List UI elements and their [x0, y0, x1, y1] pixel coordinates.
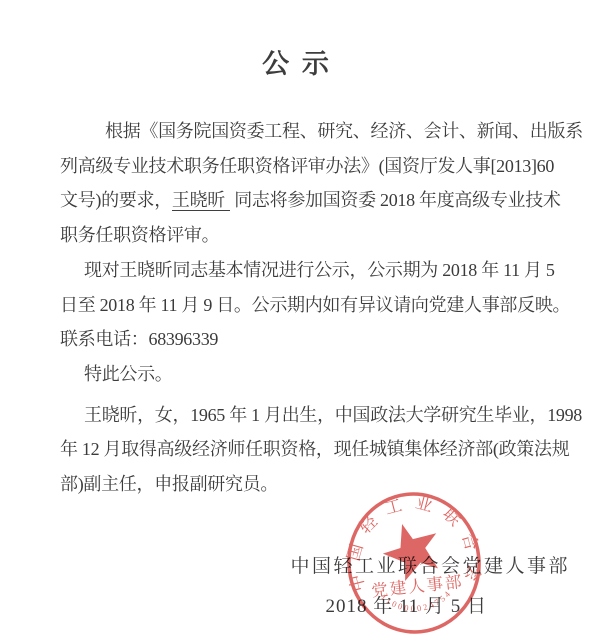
body-line: 列高级专业技术职务任职资格评审办法》(国资厅发人事[2013]60: [60, 149, 580, 184]
contact-phone-line: 联系电话：68396339: [60, 322, 580, 357]
body-line-pre: 文号)的要求，: [60, 190, 172, 210]
public-notice-document: 公 示 根据《国务院国资委工程、研究、经济、会计、新闻、出版系 列高级专业技术职…: [0, 0, 614, 644]
notice-body: 根据《国务院国资委工程、研究、经济、会计、新闻、出版系 列高级专业技术职务任职资…: [60, 114, 580, 502]
body-line: 部)副主任，申报副研究员。: [60, 467, 580, 502]
seal-arc-text: 中国轻工业联合会: [343, 489, 485, 607]
candidate-name-underlined: 王晓昕: [172, 190, 230, 211]
body-line: 特此公示。: [60, 357, 580, 392]
body-line-post: 同志将参加国资委 2018 年度高级专业技术: [234, 190, 560, 210]
body-line: 根据《国务院国资委工程、研究、经济、会计、新闻、出版系: [60, 114, 580, 149]
body-line: 王晓昕，女，1965 年 1 月出生，中国政法大学研究生毕业，1998: [60, 398, 580, 433]
body-line: 职务任职资格评审。: [60, 218, 580, 253]
body-line: 年 12 月取得高级经济师任职资格，现任城镇集体经济部(政策法规: [60, 432, 580, 467]
body-line: 日至 2018 年 11 月 9 日。公示期内如有异议请向党建人事部反映。: [60, 288, 580, 323]
body-line: 现对王晓昕同志基本情况进行公示，公示期为 2018 年 11 月 5: [60, 253, 580, 288]
signature-organization: 中国轻工业联合会党建人事部: [290, 551, 570, 578]
page-title: 公 示: [0, 42, 594, 81]
body-line: 文号)的要求，王晓昕 同志将参加国资委 2018 年度高级专业技术: [60, 183, 580, 218]
signature-date: 2018 年 11 月 5 日: [325, 591, 487, 618]
